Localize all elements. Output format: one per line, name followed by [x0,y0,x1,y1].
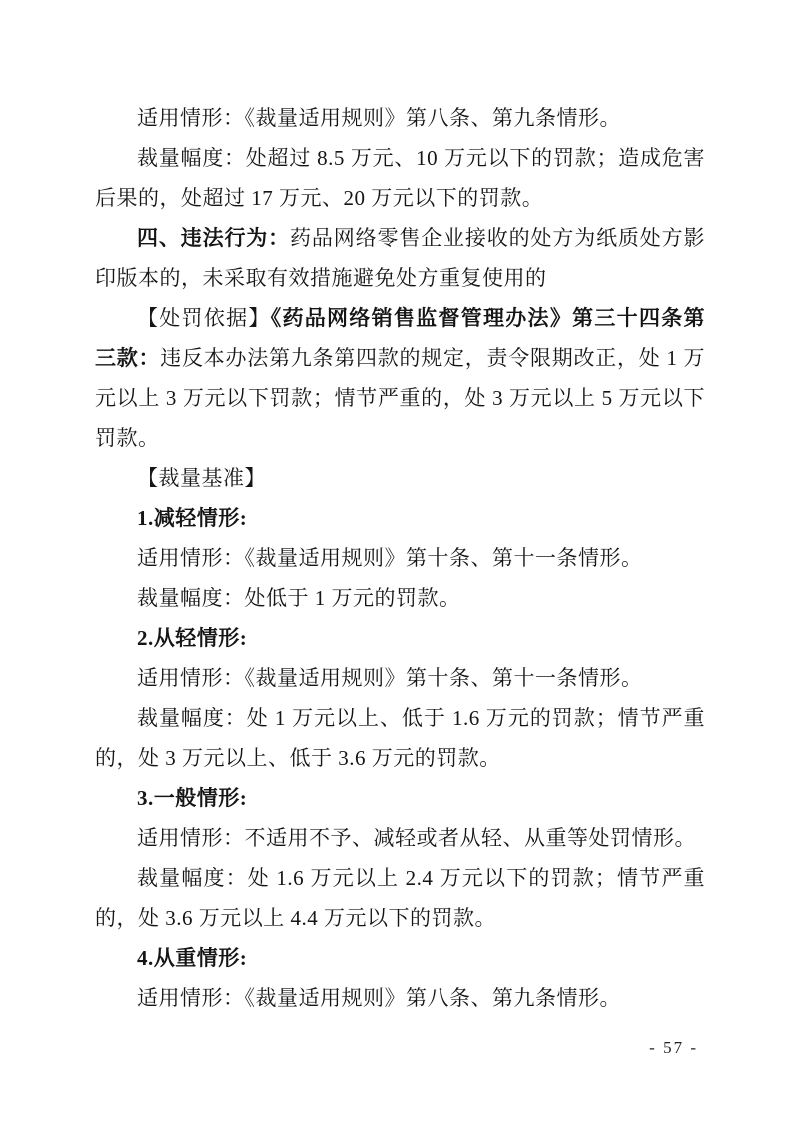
para-discretion-range-aggravated-prev: 裁量幅度：处超过 8.5 万元、10 万元以下的罚款；造成危害后果的，处超过 1… [95,138,705,218]
text-segment: 裁量幅度：处 1 万元以上、低于 1.6 万元的罚款；情节严重的，处 3 万元以… [95,706,705,770]
para-discretion-range-general: 裁量幅度：处 1.6 万元以上 2.4 万元以下的罚款；情节严重的，处 3.6 … [95,858,705,938]
text-segment: 适用情形：《裁量适用规则》第八条、第九条情形。 [137,106,621,130]
bold-text-segment: 3.一般情形: [137,786,247,810]
para-applicable-scenario-mitigated: 适用情形：《裁量适用规则》第十条、第十一条情形。 [95,538,705,578]
heading-general-scenario: 3.一般情形: [95,778,705,818]
para-discretion-range-mitigated: 裁量幅度：处低于 1 万元的罚款。 [95,578,705,618]
para-violation-item-4: 四、违法行为：药品网络零售企业接收的处方为纸质处方影印版本的，未采取有效措施避免… [95,218,705,298]
para-discretion-benchmark-title: 【裁量基准】 [95,458,705,498]
document-body: 适用情形：《裁量适用规则》第八条、第九条情形。裁量幅度：处超过 8.5 万元、1… [95,98,705,1018]
bold-text-segment: 四、违法行为： [137,226,290,250]
text-segment: 【裁量基准】 [137,466,266,490]
bold-text-segment: 2.从轻情形: [137,626,247,650]
text-segment: 违反本办法第九条第四款的规定，责令限期改正，处 1 万元以上 3 万元以下罚款；… [95,346,705,450]
heading-aggravated-scenario: 4.从重情形: [95,938,705,978]
document-page: 适用情形：《裁量适用规则》第八条、第九条情形。裁量幅度：处超过 8.5 万元、1… [0,0,793,1122]
text-segment: 适用情形：《裁量适用规则》第十条、第十一条情形。 [137,546,643,570]
text-segment: 裁量幅度：处低于 1 万元的罚款。 [137,586,461,610]
bold-text-segment: 1.减轻情形: [137,506,247,530]
para-applicable-scenario-aggravated-prev: 适用情形：《裁量适用规则》第八条、第九条情形。 [95,98,705,138]
para-applicable-scenario-lighter: 适用情形：《裁量适用规则》第十条、第十一条情形。 [95,658,705,698]
text-segment: 裁量幅度：处 1.6 万元以上 2.4 万元以下的罚款；情节严重的，处 3.6 … [95,866,705,930]
para-applicable-scenario-general: 适用情形：不适用不予、减轻或者从轻、从重等处罚情形。 [95,818,705,858]
para-applicable-scenario-aggravated: 适用情形：《裁量适用规则》第八条、第九条情形。 [95,978,705,1018]
bold-text-segment: 4.从重情形: [137,946,247,970]
text-segment: 适用情形：不适用不予、减轻或者从轻、从重等处罚情形。 [137,826,696,850]
text-segment: 【处罚依据】 [137,306,271,330]
heading-lighter-scenario: 2.从轻情形: [95,618,705,658]
para-penalty-basis: 【处罚依据】《药品网络销售监督管理办法》第三十四条第三款：违反本办法第九条第四款… [95,298,705,458]
page-number: - 57 - [649,1036,698,1060]
text-segment: 裁量幅度：处超过 8.5 万元、10 万元以下的罚款；造成危害后果的，处超过 1… [95,146,705,210]
para-discretion-range-lighter: 裁量幅度：处 1 万元以上、低于 1.6 万元的罚款；情节严重的，处 3 万元以… [95,698,705,778]
heading-mitigated-scenario: 1.减轻情形: [95,498,705,538]
text-segment: 适用情形：《裁量适用规则》第十条、第十一条情形。 [137,666,643,690]
text-segment: 适用情形：《裁量适用规则》第八条、第九条情形。 [137,986,621,1010]
